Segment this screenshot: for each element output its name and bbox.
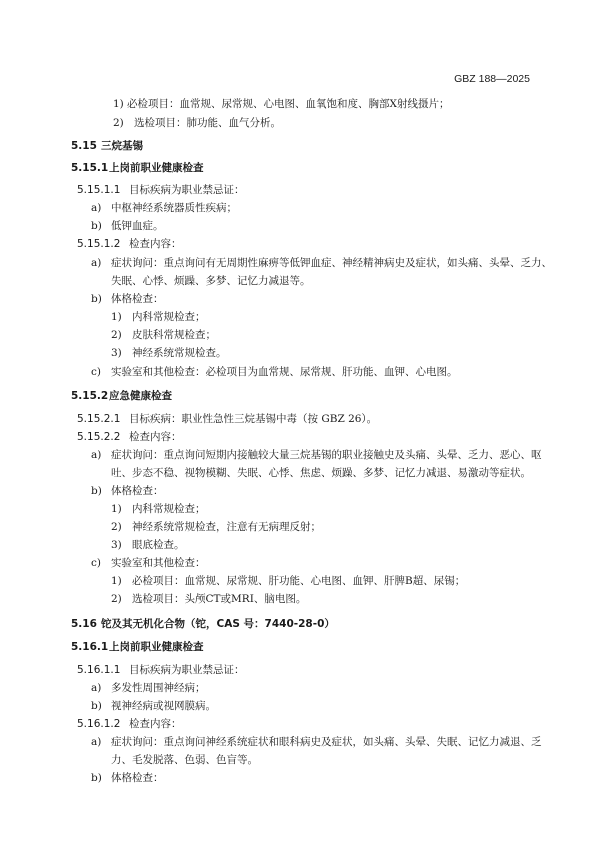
section-title: 应急健康检查	[109, 389, 172, 403]
list-item: b)低钾血症。	[91, 219, 102, 233]
list-item: a)症状询问：重点询问神经系统症状和眼科病史及症状，如头痛、头晕、失眠、记忆力减…	[91, 735, 101, 749]
list-item: a)中枢神经系统器质性疾病；	[91, 201, 101, 215]
item-label: 2)	[113, 117, 124, 129]
clause-number: 5.15.2.1	[77, 413, 120, 425]
clause: 5.15.2.1目标疾病：职业性急性三烷基锡中毒（按 GBZ 26）。	[77, 412, 120, 426]
list-item: c)实验室和其他检查：必检项目为血常规、尿常规、肝功能、血钾、心电图。	[91, 365, 101, 379]
section-number: 5.15.2	[71, 390, 108, 402]
section-title: 上岗前职业健康检查	[109, 640, 204, 654]
list-item: 2)选检项目：肺功能、血气分析。	[113, 116, 124, 130]
clause-text: 检查内容：	[129, 430, 182, 444]
clause-text: 检查内容：	[129, 237, 182, 251]
clause: 5.15.2.2检查内容：	[77, 430, 120, 444]
item-label: a)	[91, 257, 101, 269]
clause-text: 目标疾病为职业禁忌证：	[129, 183, 245, 197]
clause-number: 5.15.1.1	[77, 184, 120, 196]
clause: 5.16.1.2检查内容：	[77, 717, 120, 731]
list-item-continuation: 失眠、心悸、烦躁、多梦、记忆力减退等。	[111, 274, 311, 288]
item-text: 必检项目：血常规、尿常规、肝功能、心电图、血钾、肝脾B超、尿锡；	[132, 574, 465, 588]
section-number: 5.15.1	[71, 162, 108, 174]
list-item: 2)选检项目：头颅CT或MRI、脑电图。	[111, 592, 122, 606]
standard-code-header: GBZ 188—2025	[454, 73, 530, 85]
section-title: 三烷基锡	[101, 139, 143, 153]
clause: 5.15.1.2检查内容：	[77, 237, 120, 251]
item-text: 必检项目：血常规、尿常规、心电图、血氧饱和度、胸部X射线摄片；	[127, 97, 449, 111]
item-text: 眼底检查。	[132, 538, 185, 552]
item-label: a)	[91, 202, 101, 214]
list-item: 2)皮肤科常规检查；	[111, 328, 122, 342]
clause-number: 5.15.1.2	[77, 238, 120, 250]
item-text: 视神经病或视网膜病。	[111, 699, 216, 713]
subsection-heading: 5.15.1上岗前职业健康检查	[71, 161, 108, 175]
item-label: a)	[91, 449, 101, 461]
list-item: 1)必检项目：血常规、尿常规、心电图、血氧饱和度、胸部X射线摄片；	[113, 97, 124, 111]
clause-number: 5.16.1.2	[77, 718, 120, 730]
item-label: b)	[91, 485, 102, 497]
item-text: 症状询问：重点询问短期内接触较大量三烷基锡的职业接触史及头痛、头晕、乏力、恶心、…	[111, 448, 542, 462]
list-item: b)视神经病或视网膜病。	[91, 699, 102, 713]
list-item: 1)内科常规检查；	[111, 310, 122, 324]
item-text: 实验室和其他检查：必检项目为血常规、尿常规、肝功能、血钾、心电图。	[111, 365, 458, 379]
list-item: b)体格检查：	[91, 771, 102, 785]
list-item: 3)眼底检查。	[111, 538, 122, 552]
item-text: 体格检查：	[111, 484, 164, 498]
item-text: 选检项目：头颅CT或MRI、脑电图。	[132, 592, 306, 606]
item-label: a)	[91, 736, 101, 748]
item-label: b)	[91, 220, 102, 232]
clause-text: 目标疾病为职业禁忌证：	[129, 663, 245, 677]
item-text: 多发性周围神经病；	[111, 681, 206, 695]
item-text: 实验室和其他检查：	[111, 556, 206, 570]
item-text: 中枢神经系统器质性疾病；	[111, 201, 237, 215]
item-label: c)	[91, 366, 101, 378]
section-heading: 5.16铊及其无机化合物（铊，CAS 号：7440-28-0）	[71, 617, 97, 631]
list-item: 3)神经系统常规检查。	[111, 346, 122, 360]
item-label: 3)	[111, 539, 122, 551]
item-text: 内科常规检查；	[132, 502, 206, 516]
item-text: 神经系统常规检查。	[132, 346, 227, 360]
list-item: 1)必检项目：血常规、尿常规、肝功能、心电图、血钾、肝脾B超、尿锡；	[111, 574, 122, 588]
item-text: 低钾血症。	[111, 219, 164, 233]
item-label: b)	[91, 700, 102, 712]
list-item: a)症状询问：重点询问短期内接触较大量三烷基锡的职业接触史及头痛、头晕、乏力、恶…	[91, 448, 101, 462]
section-title: 上岗前职业健康检查	[109, 161, 204, 175]
item-label: b)	[91, 772, 102, 784]
item-text: 体格检查：	[111, 292, 164, 306]
list-item: a)多发性周围神经病；	[91, 681, 101, 695]
section-number: 5.16.1	[71, 641, 108, 653]
clause: 5.16.1.1目标疾病为职业禁忌证：	[77, 663, 120, 677]
item-text: 力、毛发脱落、色弱、色盲等。	[111, 754, 258, 766]
item-label: 2)	[111, 593, 122, 605]
clause-number: 5.16.1.1	[77, 664, 120, 676]
list-item: 2)神经系统常规检查，注意有无病理反射；	[111, 520, 122, 534]
item-text: 选检项目：肺功能、血气分析。	[134, 116, 281, 130]
clause: 5.15.1.1目标疾病为职业禁忌证：	[77, 183, 120, 197]
item-label: 1)	[111, 503, 122, 515]
item-text: 失眠、心悸、烦躁、多梦、记忆力减退等。	[111, 275, 311, 287]
item-label: 2)	[111, 521, 122, 533]
item-text: 症状询问：重点询问有无周期性麻痹等低钾血症、神经精神病史及症状，如头痛、头晕、乏…	[111, 256, 552, 270]
item-text: 皮肤科常规检查；	[132, 328, 216, 342]
clause-text: 目标疾病：职业性急性三烷基锡中毒（按 GBZ 26）。	[129, 412, 377, 426]
clause-text: 检查内容：	[129, 717, 182, 731]
item-text: 症状询问：重点询问神经系统症状和眼科病史及症状，如头痛、头晕、失眠、记忆力减退、…	[111, 735, 542, 749]
list-item-continuation: 力、毛发脱落、色弱、色盲等。	[111, 753, 258, 767]
item-text: 神经系统常规检查，注意有无病理反射；	[132, 520, 321, 534]
item-label: 1)	[111, 575, 122, 587]
subsection-heading: 5.15.2应急健康检查	[71, 389, 108, 403]
item-label: 1)	[111, 311, 122, 323]
list-item: 1)内科常规检查；	[111, 502, 122, 516]
subsection-heading: 5.16.1上岗前职业健康检查	[71, 640, 108, 654]
section-number: 5.15	[71, 140, 97, 152]
item-label: a)	[91, 682, 101, 694]
item-text: 内科常规检查；	[132, 310, 206, 324]
item-text: 吐、步态不稳、视物模糊、失眠、心悸、焦虑、烦躁、多梦、记忆力减退、易激动等症状。	[111, 467, 531, 479]
item-label: c)	[91, 557, 101, 569]
item-label: 2)	[111, 329, 122, 341]
list-item: c)实验室和其他检查：	[91, 556, 101, 570]
list-item: b)体格检查：	[91, 292, 102, 306]
clause-number: 5.15.2.2	[77, 431, 120, 443]
item-text: 体格检查：	[111, 771, 164, 785]
item-label: 1)	[113, 98, 124, 110]
list-item: a)症状询问：重点询问有无周期性麻痹等低钾血症、神经精神病史及症状，如头痛、头晕…	[91, 256, 101, 270]
item-label: b)	[91, 293, 102, 305]
section-title: 铊及其无机化合物（铊，CAS 号：7440-28-0）	[101, 617, 335, 631]
list-item: b)体格检查：	[91, 484, 102, 498]
section-heading: 5.15三烷基锡	[71, 139, 97, 153]
item-label: 3)	[111, 347, 122, 359]
section-number: 5.16	[71, 618, 97, 630]
list-item-continuation: 吐、步态不稳、视物模糊、失眠、心悸、焦虑、烦躁、多梦、记忆力减退、易激动等症状。	[111, 466, 531, 480]
